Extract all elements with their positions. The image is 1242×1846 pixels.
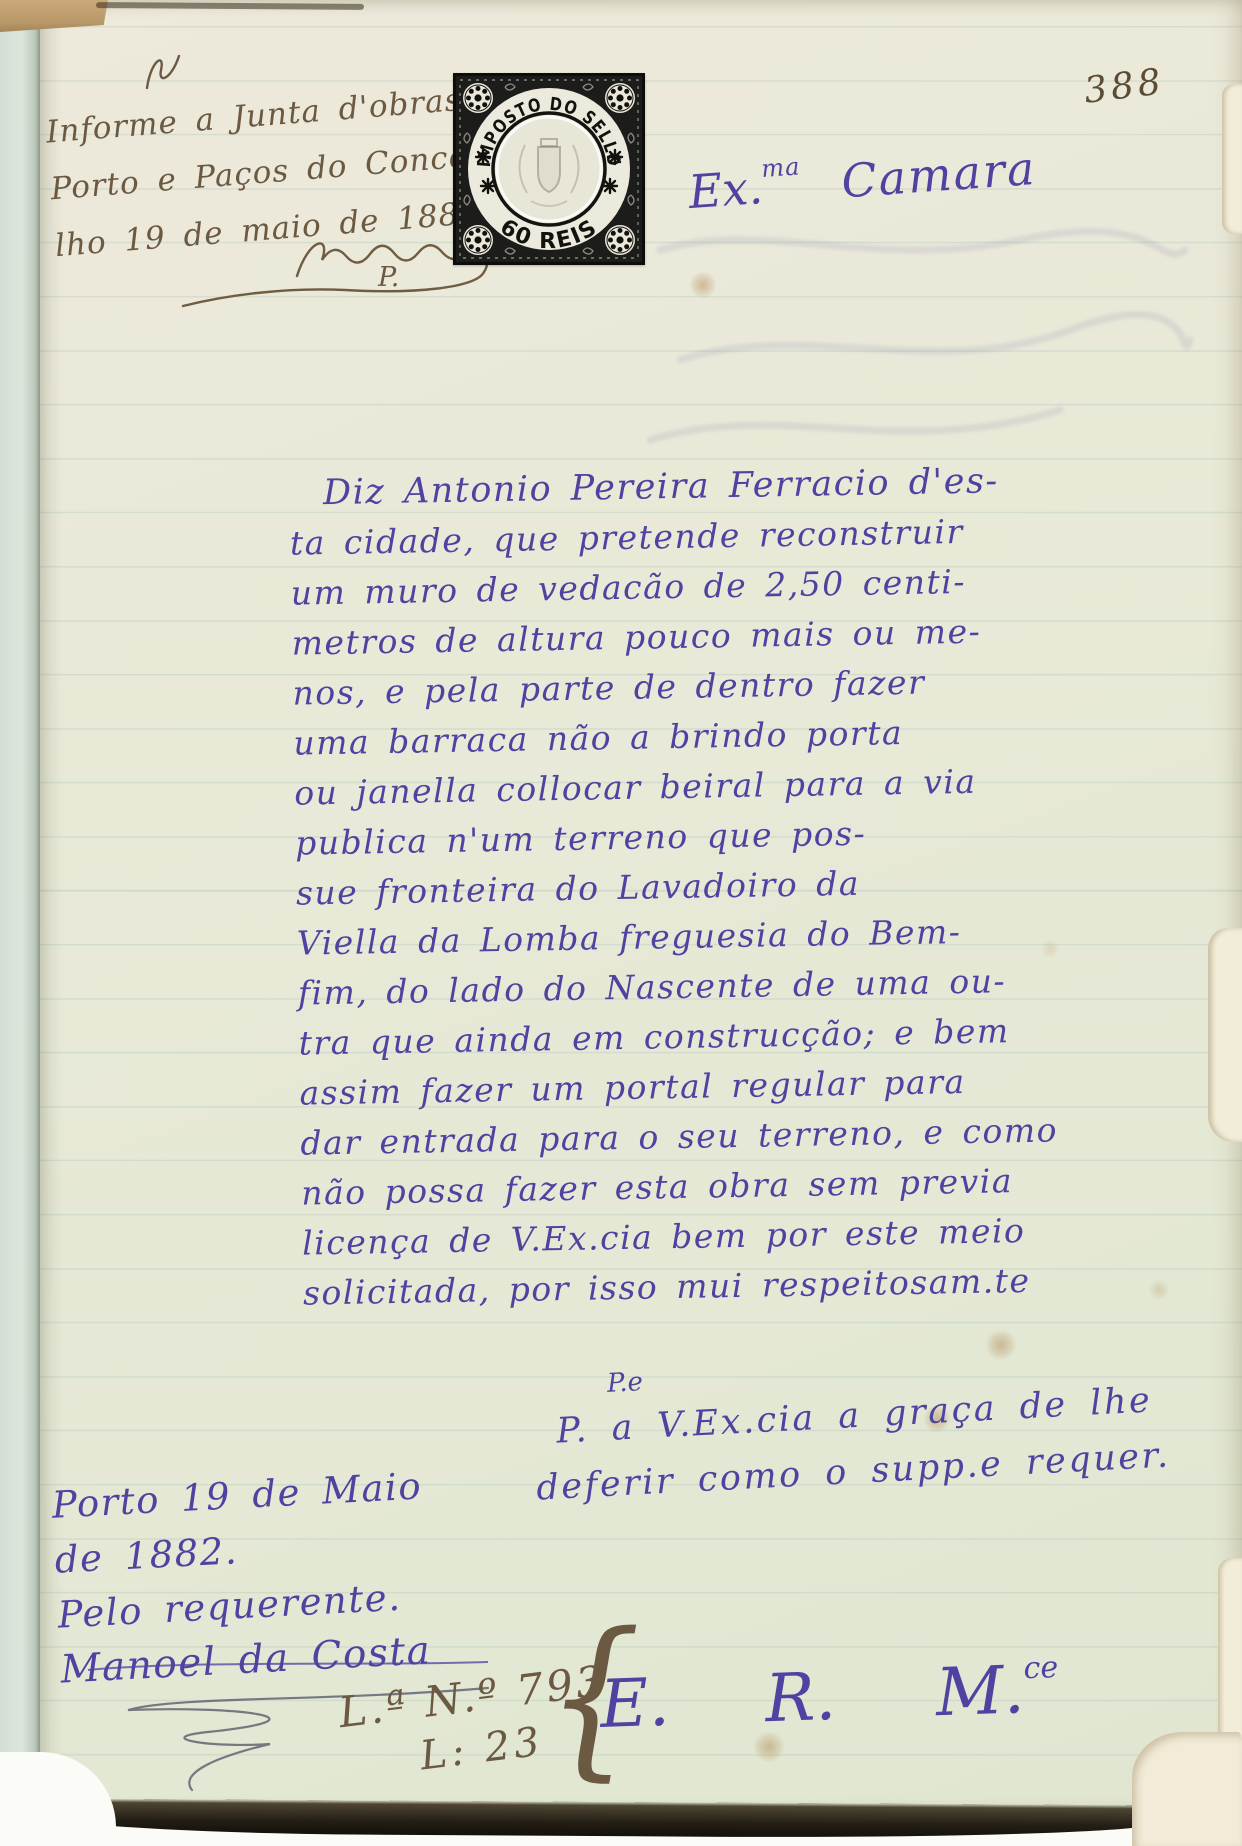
star-ornament bbox=[603, 179, 617, 193]
revenue-stamp: IMPOSTO DO SELLO 60 REIS bbox=[453, 73, 645, 265]
petition-body: Diz Antonio Pereira Ferracio d'es-ta cid… bbox=[289, 455, 1064, 1318]
right-torn-edge bbox=[1222, 84, 1242, 234]
star-ornament bbox=[481, 179, 495, 193]
motto-erm: E.R.M.ce bbox=[599, 1650, 1060, 1743]
salutation-abbrev: Ex. bbox=[687, 160, 765, 219]
foxing-stain bbox=[984, 1330, 1018, 1360]
salutation-superscript: ma bbox=[760, 152, 801, 183]
motto-r: R. bbox=[764, 1658, 837, 1737]
scanned-manuscript-page: Informe a Junta d'obrasPorto e Paços do … bbox=[0, 0, 1242, 1846]
page-bottom-edge bbox=[30, 1799, 1158, 1840]
star-ornament bbox=[608, 150, 622, 164]
underlying-page-corner bbox=[1132, 1732, 1242, 1846]
binding-facing-page-edge bbox=[0, 0, 40, 1768]
motto-superscript: ce bbox=[1023, 1650, 1059, 1686]
corner-rosette bbox=[463, 225, 493, 255]
corner-rosette bbox=[463, 83, 493, 113]
corner-rosette bbox=[605, 83, 635, 113]
motto-e: E. bbox=[599, 1664, 671, 1743]
verso-ink-bleed bbox=[640, 210, 1200, 480]
annotation-initial: P. bbox=[378, 262, 399, 293]
right-torn-edge bbox=[1208, 928, 1242, 1142]
foxing-stain bbox=[1148, 1280, 1170, 1300]
motto-m: M. bbox=[934, 1651, 1025, 1731]
star-ornament bbox=[476, 150, 490, 164]
right-torn-edge bbox=[1218, 1558, 1242, 1748]
corner-rosette bbox=[605, 225, 635, 255]
closing-abbrev: P.e bbox=[606, 1367, 643, 1399]
